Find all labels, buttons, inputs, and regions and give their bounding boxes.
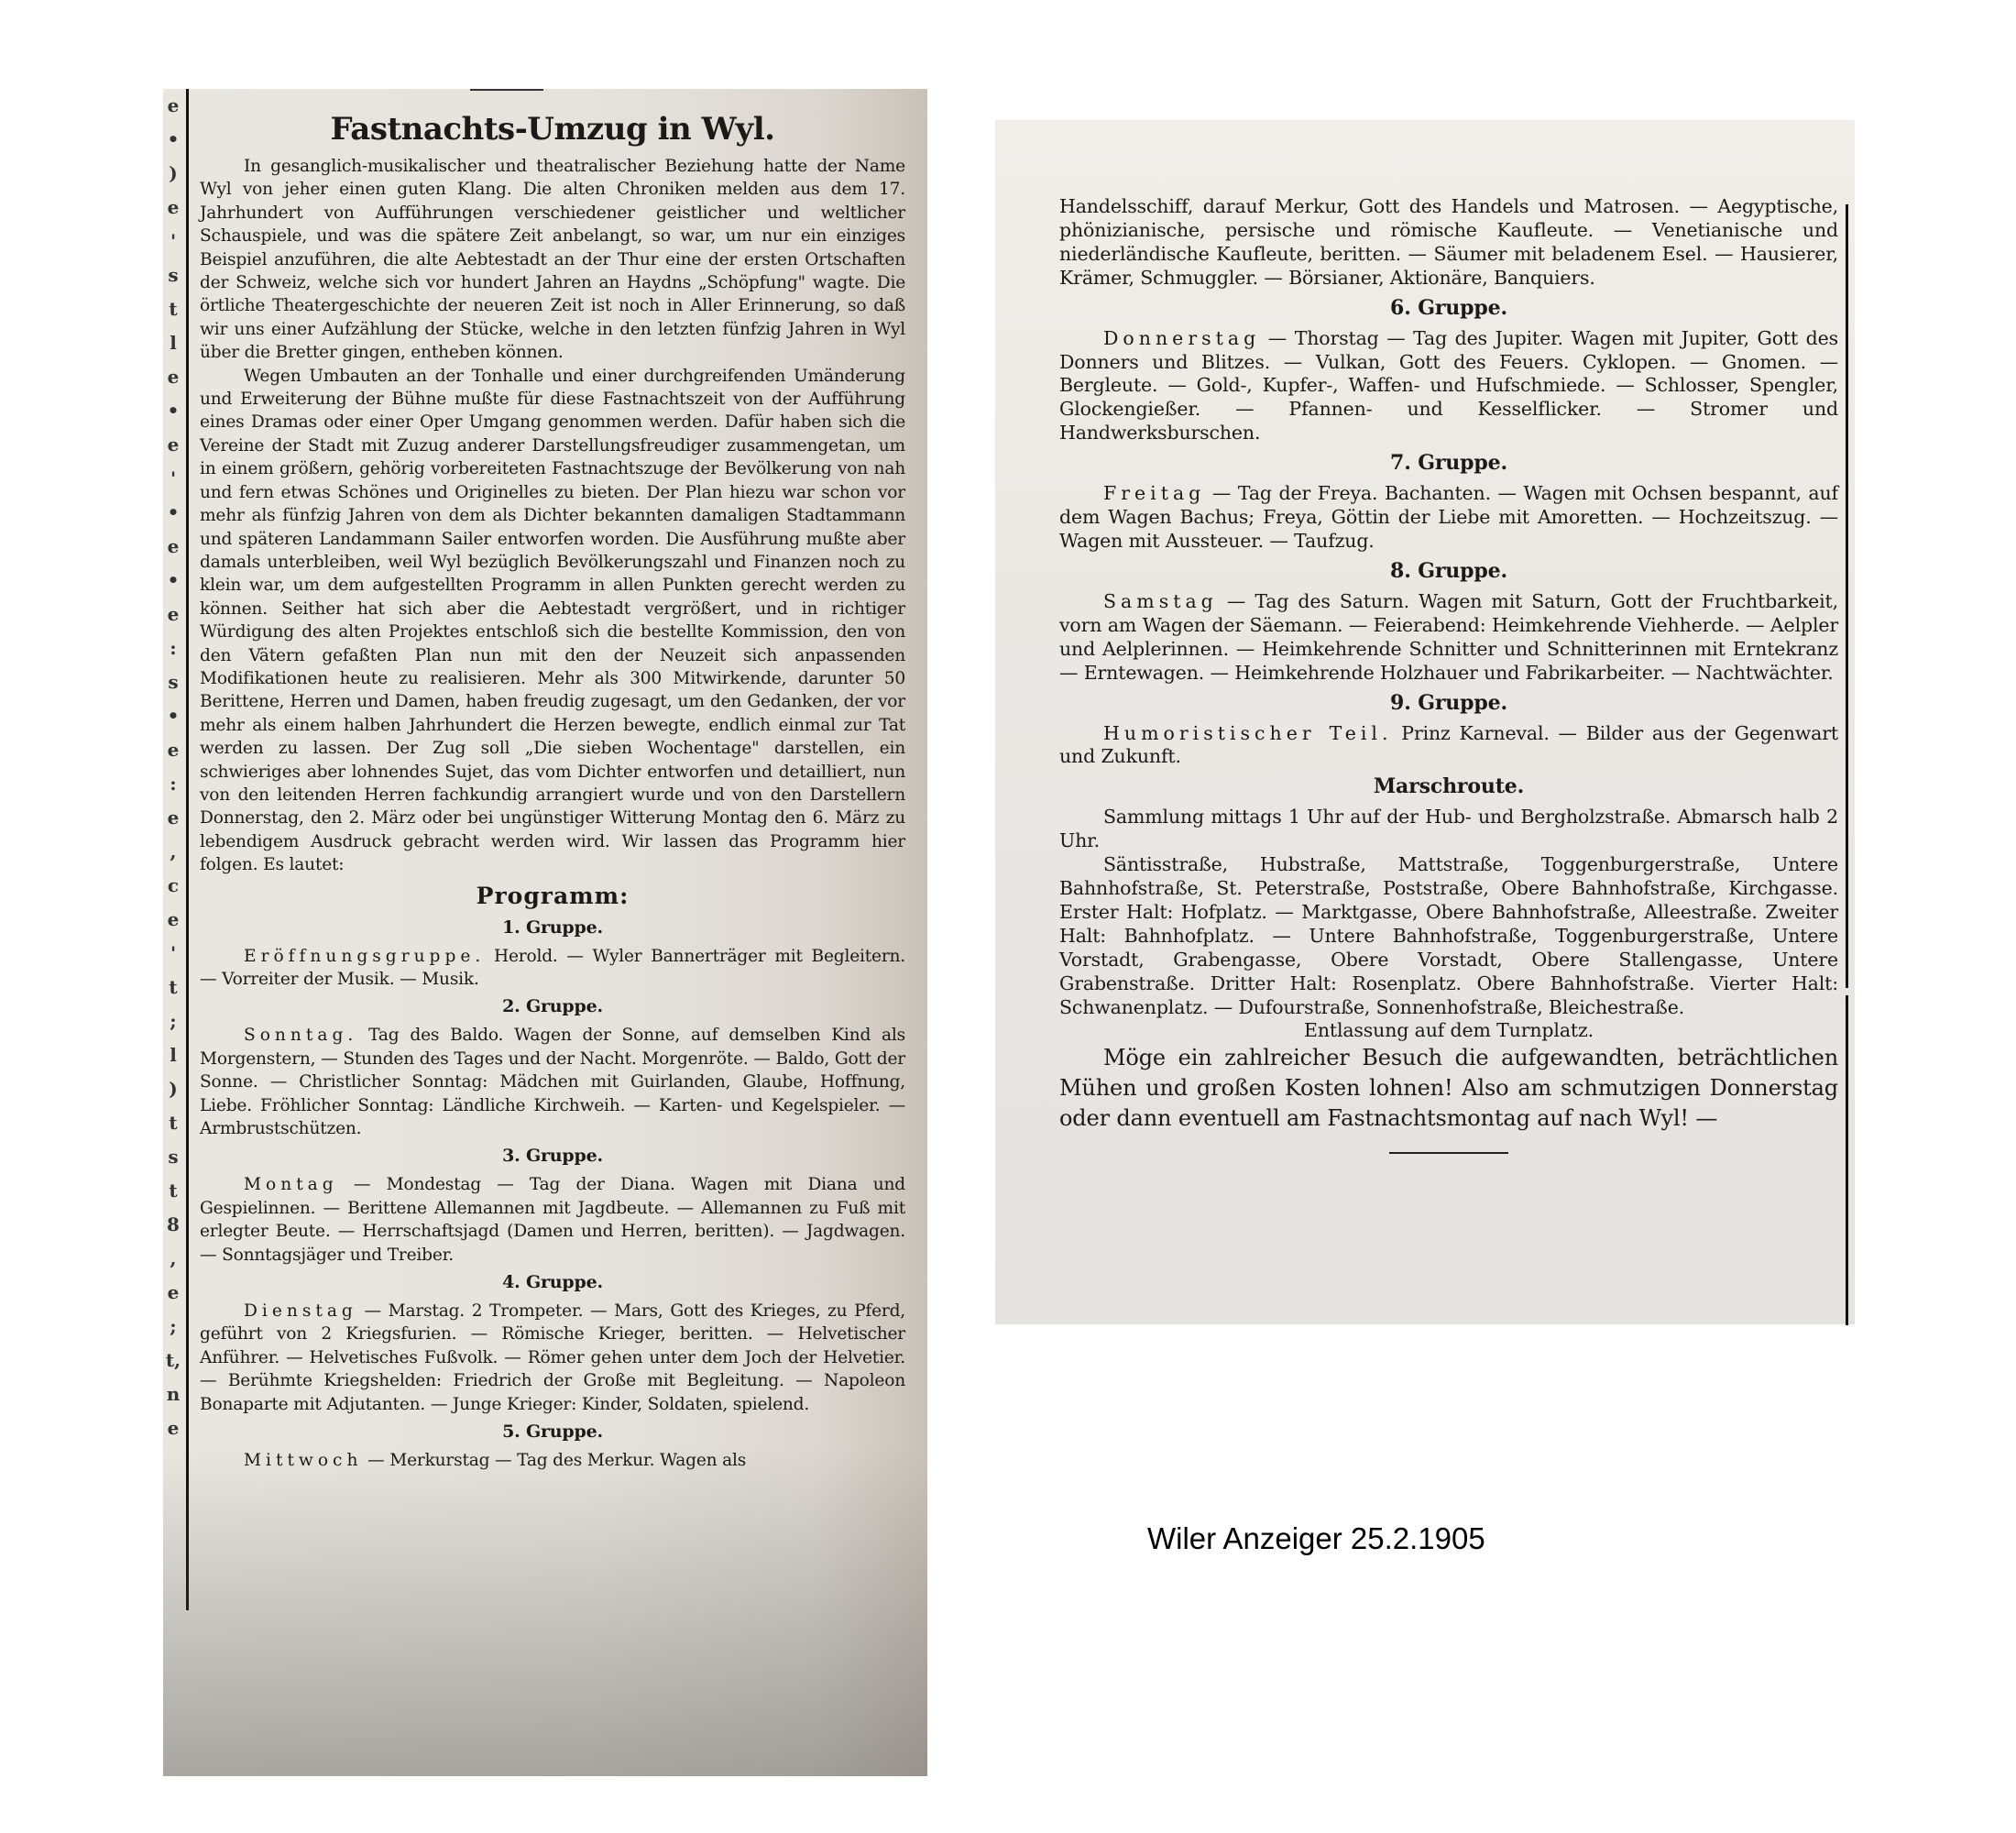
gutter-char: •: [163, 394, 183, 428]
group-description: Dienstag — Marstag. 2 Trompeter. — Mars,…: [200, 1300, 905, 1416]
column-rule: [1846, 204, 1848, 988]
gutter-char: •: [163, 496, 183, 530]
gutter-char: e: [163, 598, 183, 631]
gutter-char: ,: [163, 835, 183, 869]
newspaper-clipping-right: Handelsschiff, darauf Merkur, Gott des H…: [995, 120, 1855, 1324]
gutter-char: •: [163, 123, 183, 157]
gutter-char: ,: [163, 1242, 183, 1276]
gutter-char: s: [163, 665, 183, 699]
group-day: Dienstag: [244, 1301, 357, 1321]
gutter-char: s: [163, 258, 183, 292]
source-caption: Wiler Anzeiger 25.2.1905: [1147, 1521, 1485, 1556]
route-heading: Marschroute.: [1059, 771, 1838, 802]
gutter-char: e: [163, 1411, 183, 1445]
group-day: Humoristischer Teil.: [1103, 722, 1392, 744]
group-description: Sonntag. Tag des Baldo. Wagen der Sonne,…: [200, 1024, 905, 1140]
gutter-char: :: [163, 631, 183, 665]
group-description: Eröffnungsgruppe. Herold. — Wyler Banner…: [200, 945, 905, 992]
group-heading: 9. Gruppe.: [1059, 687, 1838, 719]
gutter-char: ): [163, 1072, 183, 1106]
gutter-char: t: [163, 971, 183, 1004]
gutter-char: c: [163, 869, 183, 903]
article-title: Fastnachts-Umzug in Wyl.: [200, 109, 905, 149]
group-description: Humoristischer Teil. Prinz Karneval. — B…: [1059, 722, 1838, 770]
gutter-char: :: [163, 767, 183, 801]
group-day: Freitag: [1103, 482, 1205, 504]
group-day: Montag: [244, 1175, 338, 1194]
group-description: Montag — Mondestag — Tag der Diana. Wage…: [200, 1173, 905, 1267]
group-heading: 4. Gruppe.: [200, 1268, 905, 1296]
gutter-char: e: [163, 903, 183, 937]
group-heading: 1. Gruppe.: [200, 914, 905, 941]
gutter-char: e: [163, 733, 183, 767]
gutter-char: e: [163, 360, 183, 394]
gutter-char: s: [163, 1140, 183, 1174]
gutter-char: •: [163, 699, 183, 733]
paragraph-continuation: Handelsschiff, darauf Merkur, Gott des H…: [1059, 195, 1838, 291]
gutter-char: l: [163, 1038, 183, 1072]
group-heading: 5. Gruppe.: [200, 1418, 905, 1445]
article-body-left: Fastnachts-Umzug in Wyl. In gesanglich-m…: [200, 109, 905, 1473]
gutter-char: ;: [163, 1004, 183, 1038]
end-rule: [1389, 1152, 1508, 1154]
column-rule: [186, 89, 189, 1610]
gutter-char: ): [163, 157, 183, 191]
gutter-char: e: [163, 89, 183, 123]
gutter-char: l: [163, 326, 183, 360]
group-day: Sonntag.: [244, 1026, 357, 1045]
paragraph-intro: In gesanglich-musikalischer und theatral…: [200, 155, 905, 365]
closing-appeal: Möge ein zahlreicher Besuch die aufgewan…: [1059, 1043, 1838, 1134]
gutter-char: e: [163, 191, 183, 225]
group-description: Samstag — Tag des Saturn. Wagen mit Satu…: [1059, 590, 1838, 686]
group-heading: 7. Gruppe.: [1059, 447, 1838, 478]
group-heading: 3. Gruppe.: [200, 1142, 905, 1169]
group-day: Donnerstag: [1103, 327, 1260, 349]
gutter-char: e: [163, 530, 183, 564]
gutter-char: •: [163, 564, 183, 598]
article-body-right: Handelsschiff, darauf Merkur, Gott des H…: [1059, 195, 1838, 1154]
gutter-char: e: [163, 801, 183, 835]
adjacent-column-fragment: e•)e'stle•e'•e•e:s•e:e,ce't;l)tst8,e;t,n…: [163, 89, 183, 1776]
gutter-char: n: [163, 1377, 183, 1411]
route-dismissal: Entlassung auf dem Turnplatz.: [1059, 1019, 1838, 1043]
paragraph-plan: Wegen Umbauten an der Tonhalle und einer…: [200, 365, 905, 877]
gutter-char: ': [163, 937, 183, 971]
column-rule: [1846, 995, 1848, 1325]
gutter-char: t: [163, 1106, 183, 1140]
newspaper-clipping-left: e•)e'stle•e'•e•e:s•e:e,ce't;l)tst8,e;t,n…: [163, 89, 927, 1776]
separator-rule: [470, 89, 543, 91]
gutter-char: ;: [163, 1310, 183, 1344]
gutter-char: e: [163, 1276, 183, 1310]
group-day: Mittwoch: [244, 1451, 362, 1470]
gutter-char: t: [163, 292, 183, 326]
program-heading: Programm:: [200, 881, 905, 912]
group-description: Mittwoch — Merkurstag — Tag des Merkur. …: [200, 1449, 905, 1472]
group-description: Freitag — Tag der Freya. Bachanten. — Wa…: [1059, 482, 1838, 554]
gutter-char: e: [163, 428, 183, 462]
group-heading: 2. Gruppe.: [200, 993, 905, 1020]
group-heading: 6. Gruppe.: [1059, 292, 1838, 324]
group-description: Donnerstag — Thorstag — Tag des Jupiter.…: [1059, 327, 1838, 446]
route-assembly: Sammlung mittags 1 Uhr auf der Hub- und …: [1059, 806, 1838, 853]
group-heading: 8. Gruppe.: [1059, 555, 1838, 587]
gutter-char: t: [163, 1174, 183, 1208]
group-day: Eröffnungsgruppe.: [244, 947, 485, 966]
route-streets: Säntisstraße, Hubstraße, Mattstraße, Tog…: [1059, 853, 1838, 1019]
gutter-char: 8: [163, 1208, 183, 1242]
group-day: Samstag: [1103, 590, 1218, 612]
gutter-char: ': [163, 225, 183, 258]
gutter-char: ': [163, 462, 183, 496]
gutter-char: t,: [163, 1344, 183, 1377]
